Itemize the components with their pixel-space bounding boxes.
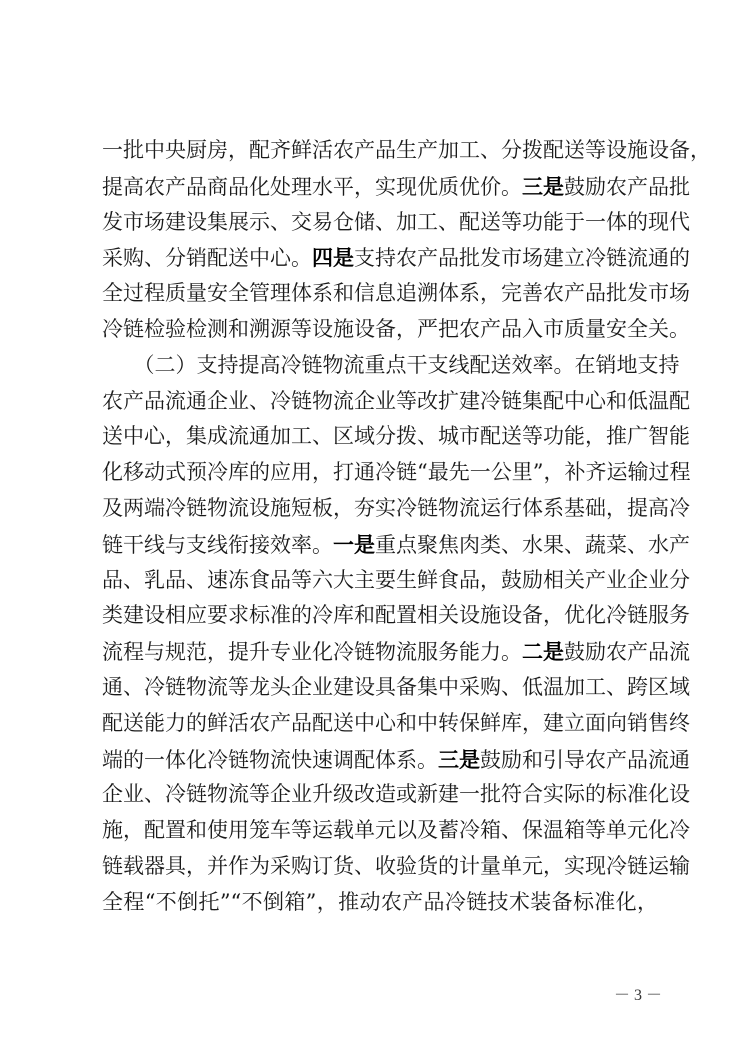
bold-keyword: 二是: [522, 639, 564, 664]
text-segment: 流程与规范，提升专业化冷链物流服务能力。: [102, 640, 522, 664]
text-line: 农产品流通企业、冷链物流企业等改扩建冷链集配中心和低温配: [102, 384, 658, 420]
text-segment: 配送能力的鲜活农产品配送中心和中转保鲜库，建立面向销售终: [102, 711, 690, 735]
text-line: 冷链检验检测和溯源等设施设备，严把农产品入市质量安全关。: [102, 312, 658, 348]
text-line: 全程“不倒托”“不倒箱”，推动农产品冷链技术装备标准化，: [102, 885, 658, 921]
bold-keyword: 一是: [333, 532, 375, 557]
text-line: 发市场建设集展示、交易仓储、加工、配送等功能于一体的现代: [102, 205, 658, 241]
text-line: 送中心，集成流通加工、区域分拨、城市配送等功能，推广智能: [102, 419, 658, 455]
text-line: 端的一体化冷链物流快速调配体系。三是鼓励和引导农产品流通: [102, 742, 658, 778]
text-segment: 类建设相应要求标准的冷库和配置相关设施设备，优化冷链服务: [102, 603, 690, 627]
text-segment: 化移动式预冷库的应用，打通冷链“最先一公里”，补齐运输过程: [102, 460, 690, 484]
text-segment: 鼓励农产品批: [564, 175, 690, 199]
text-segment: 品、乳品、速冻食品等六大主要生鲜食品，鼓励相关产业企业分: [102, 568, 690, 592]
text-line: （二）支持提高冷链物流重点干支线配送效率。在销地支持: [102, 348, 658, 384]
text-line: 链载器具，并作为采购订货、收验货的计量单元，实现冷链运输: [102, 849, 658, 885]
text-segment: 施，配置和使用笼车等运载单元以及蓄冷箱、保温箱等单元化冷: [102, 818, 690, 842]
text-segment: 一批中央厨房，配齐鲜活农产品生产加工、分拨配送等设施设备，: [102, 138, 711, 162]
text-segment: 链干线与支线衔接效率。: [102, 533, 333, 557]
text-segment: 送中心，集成流通加工、区域分拨、城市配送等功能，推广智能: [102, 424, 690, 448]
text-segment: 支持农产品批发市场建立冷链流通的: [354, 246, 690, 270]
document-page: 一批中央厨房，配齐鲜活农产品生产加工、分拨配送等设施设备，提高农产品商品化处理水…: [0, 0, 750, 1061]
text-segment: 全过程质量安全管理体系和信息追溯体系，完善农产品批发市场: [102, 281, 690, 305]
bold-keyword: 三是: [438, 747, 480, 772]
text-line: 企业、冷链物流等企业升级改造或新建一批符合实际的标准化设: [102, 777, 658, 813]
text-line: 及两端冷链物流设施短板，夯实冷链物流运行体系基础，提高冷: [102, 491, 658, 527]
text-segment: （二）支持提高冷链物流重点干支线配送效率。在销地支持: [102, 353, 680, 377]
text-line: 采购、分销配送中心。四是支持农产品批发市场建立冷链流通的: [102, 240, 658, 276]
text-line: 链干线与支线衔接效率。一是重点聚焦肉类、水果、蔬菜、水产: [102, 527, 658, 563]
text-segment: 全程“不倒托”“不倒箱”，推动农产品冷链技术装备标准化，: [102, 890, 658, 914]
bold-keyword: 三是: [522, 174, 564, 199]
text-line: 通、冷链物流等龙头企业建设具备集中采购、低温加工、跨区域: [102, 670, 658, 706]
text-line: 全过程质量安全管理体系和信息追溯体系，完善农产品批发市场: [102, 276, 658, 312]
body-text: 一批中央厨房，配齐鲜活农产品生产加工、分拨配送等设施设备，提高农产品商品化处理水…: [102, 133, 662, 921]
bold-keyword: 四是: [312, 245, 354, 270]
text-segment: 端的一体化冷链物流快速调配体系。: [102, 748, 438, 772]
text-segment: 及两端冷链物流设施短板，夯实冷链物流运行体系基础，提高冷: [102, 496, 690, 520]
text-segment: 重点聚焦肉类、水果、蔬菜、水产: [375, 533, 690, 557]
text-segment: 农产品流通企业、冷链物流企业等改扩建冷链集配中心和低温配: [102, 389, 690, 413]
text-line: 一批中央厨房，配齐鲜活农产品生产加工、分拨配送等设施设备，: [102, 133, 658, 169]
text-line: 提高农产品商品化处理水平，实现优质优价。三是鼓励农产品批: [102, 169, 658, 205]
text-line: 流程与规范，提升专业化冷链物流服务能力。二是鼓励农产品流: [102, 634, 658, 670]
text-line: 化移动式预冷库的应用，打通冷链“最先一公里”，补齐运输过程: [102, 455, 658, 491]
text-segment: 鼓励和引导农产品流通: [480, 748, 690, 772]
text-segment: 提高农产品商品化处理水平，实现优质优价。: [102, 175, 522, 199]
text-line: 品、乳品、速冻食品等六大主要生鲜食品，鼓励相关产业企业分: [102, 563, 658, 599]
text-line: 施，配置和使用笼车等运载单元以及蓄冷箱、保温箱等单元化冷: [102, 813, 658, 849]
text-segment: 采购、分销配送中心。: [102, 246, 312, 270]
text-line: 类建设相应要求标准的冷库和配置相关设施设备，优化冷链服务: [102, 598, 658, 634]
text-segment: 企业、冷链物流等企业升级改造或新建一批符合实际的标准化设: [102, 782, 690, 806]
page-number: － 3 －: [612, 982, 664, 1005]
text-segment: 冷链检验检测和溯源等设施设备，严把农产品入市质量安全关。: [102, 317, 690, 341]
text-segment: 鼓励农产品流: [564, 640, 690, 664]
text-segment: 通、冷链物流等龙头企业建设具备集中采购、低温加工、跨区域: [102, 675, 690, 699]
text-line: 配送能力的鲜活农产品配送中心和中转保鲜库，建立面向销售终: [102, 706, 658, 742]
text-segment: 链载器具，并作为采购订货、收验货的计量单元，实现冷链运输: [102, 854, 690, 878]
text-segment: 发市场建设集展示、交易仓储、加工、配送等功能于一体的现代: [102, 210, 690, 234]
